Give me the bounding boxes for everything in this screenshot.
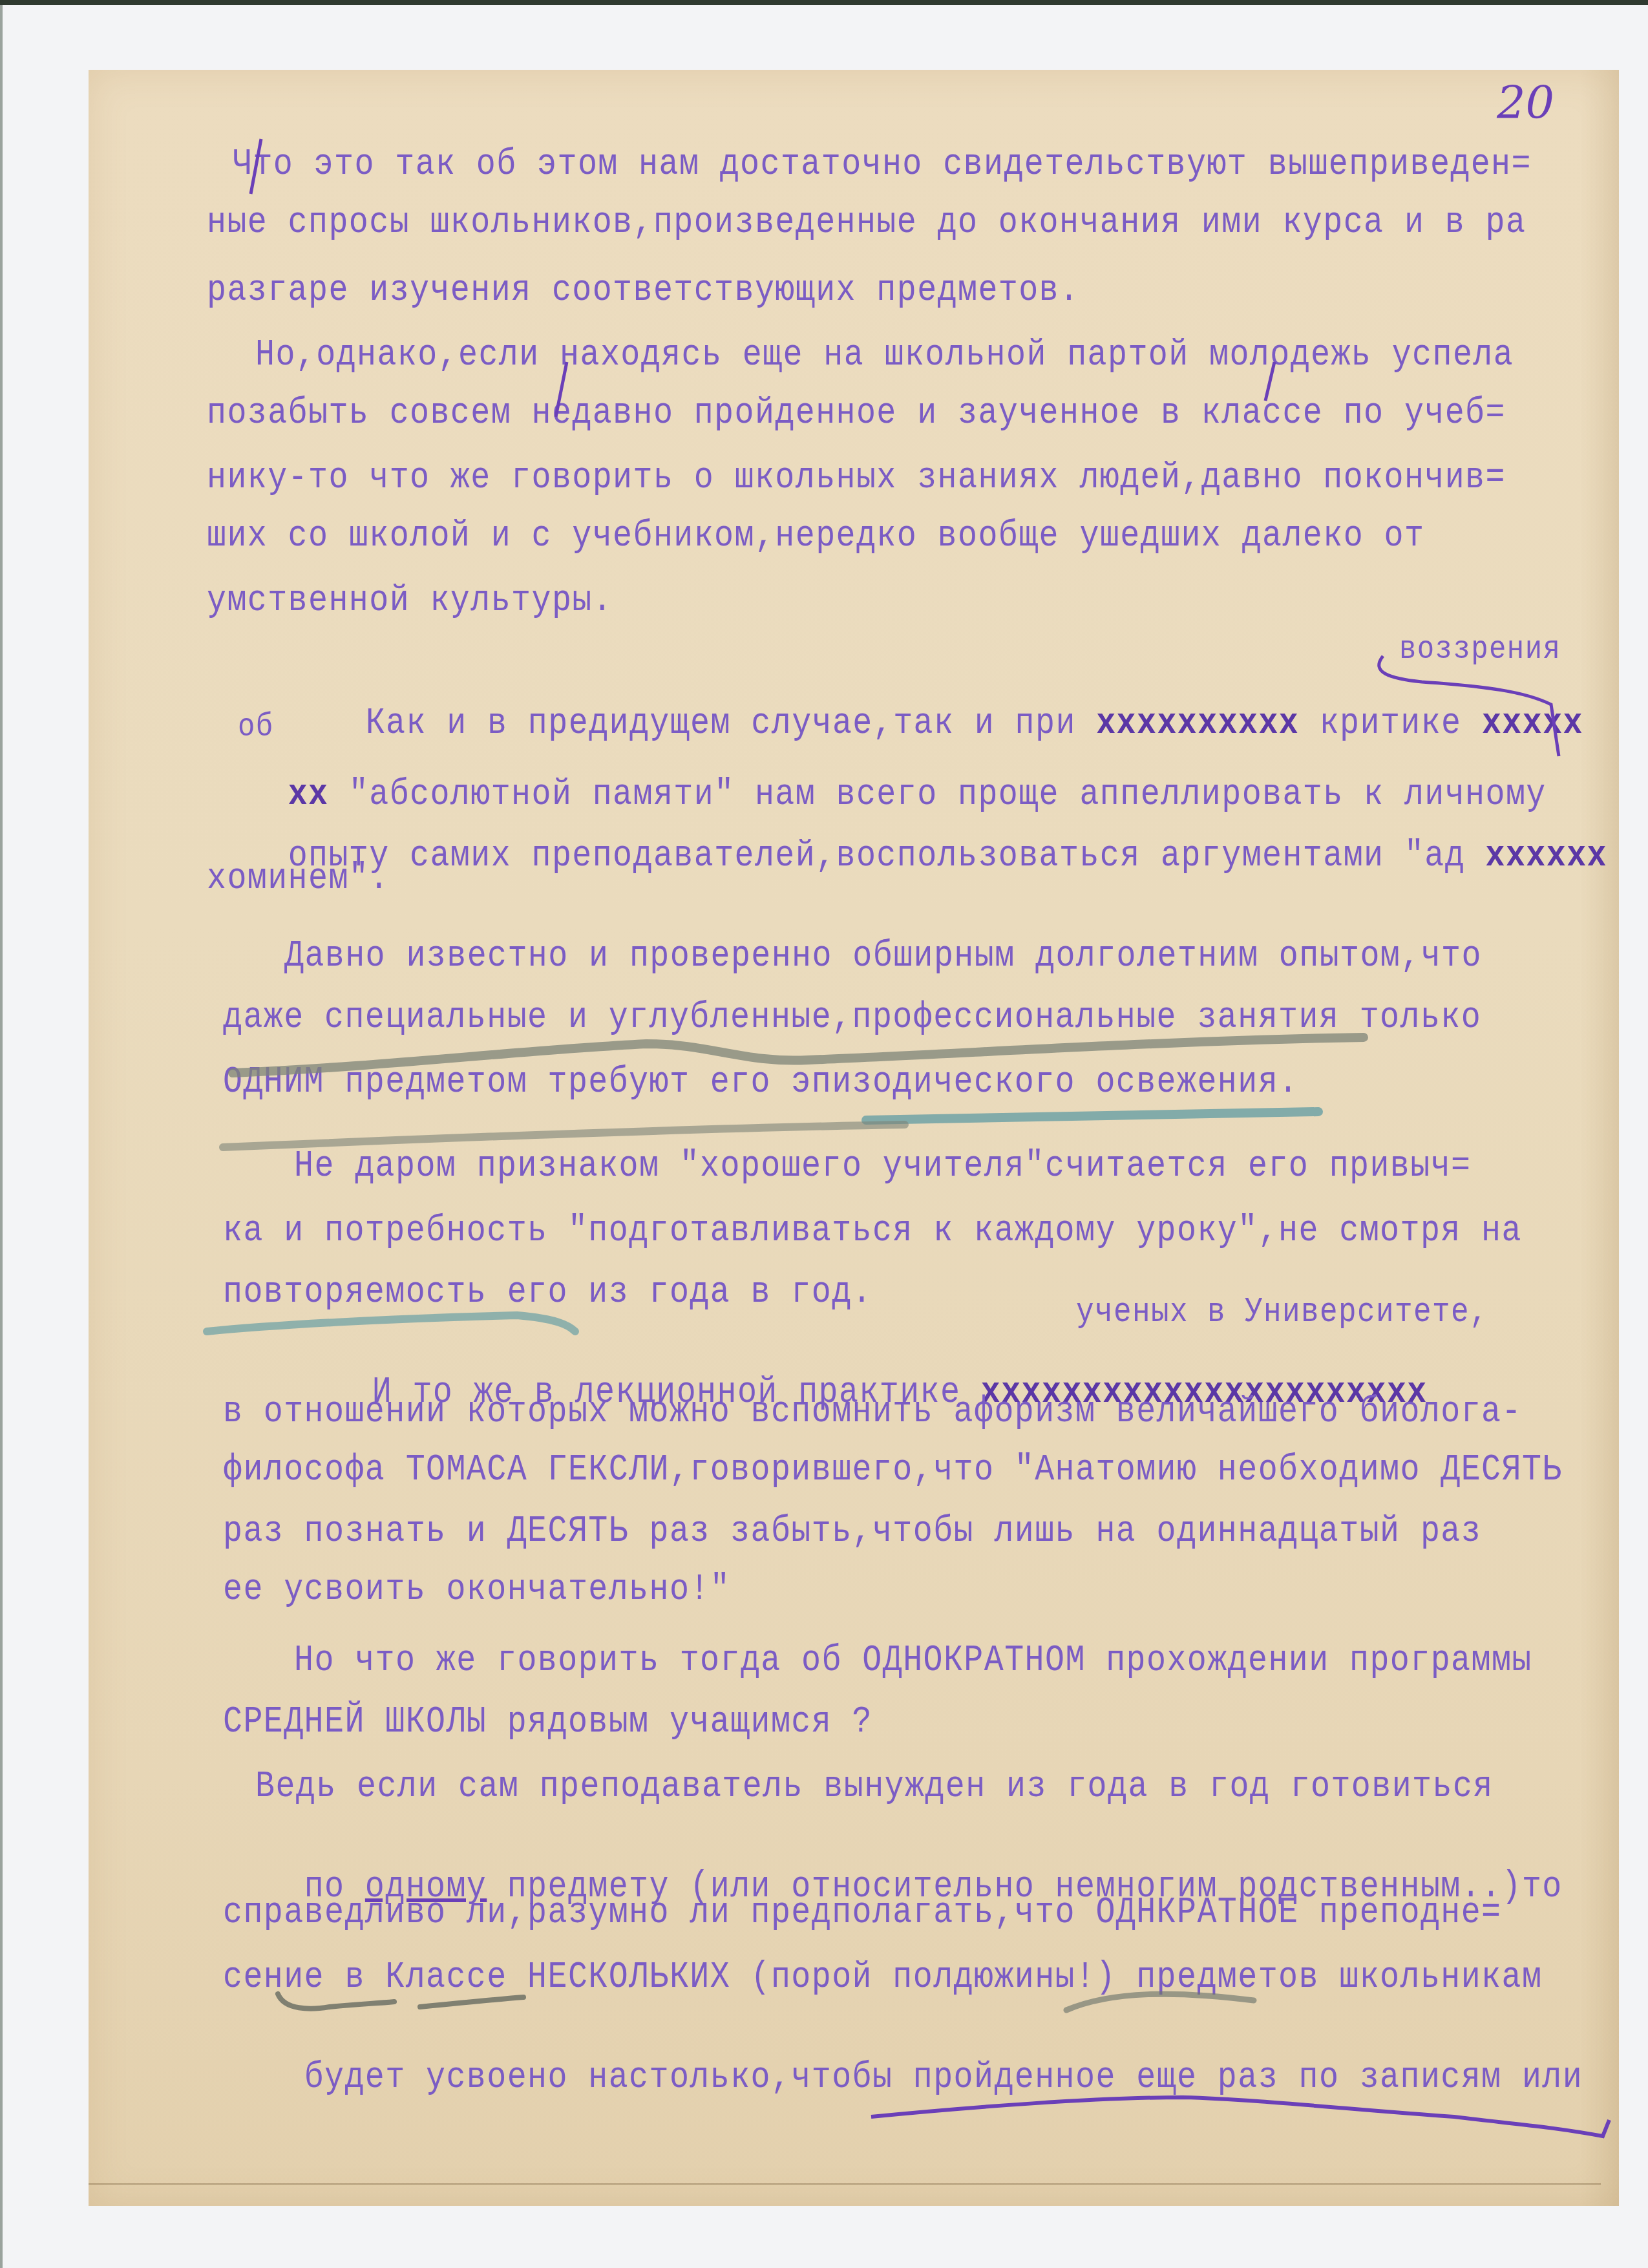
text-line: Но что же говорить тогда об ОДНОКРАТНОМ …: [294, 1639, 1532, 1684]
text-line: справедливо ли,разумно ли предполагать,ч…: [223, 1891, 1502, 1936]
paper-bottom-fold: [89, 2183, 1601, 2185]
text-line: сение в Классе НЕСКОЛЬКИХ (порой полдюжи…: [223, 1956, 1542, 2000]
text-line: ные спросы школьников,произведенные до о…: [207, 201, 1526, 246]
page-number: 20: [1497, 76, 1554, 129]
text-line: даже специальные и углубленные,профессио…: [223, 996, 1481, 1041]
text-line: разгаре изучения соответствующих предмет…: [207, 269, 1079, 313]
text-line: ка и потребность "подготавливаться к каж…: [223, 1209, 1522, 1254]
struck-text: xxxxxx: [1486, 835, 1607, 878]
text-line: ших со школой и с учебником,нередко вооб…: [207, 514, 1424, 559]
text-segment: будет усвоено настолько,чтобы: [304, 2057, 913, 2099]
text-line: нику-то что же говорить о школьных знани…: [207, 456, 1506, 501]
text-line: СРЕДНЕЙ ШКОЛЫ рядовым учащимся ?: [223, 1701, 872, 1745]
text-line: позабыть совсем недавно пройденное и зау…: [207, 392, 1506, 436]
text-line: Но,однако,если находясь еще на школьной …: [255, 334, 1514, 378]
text-segment: опыту самих преподавателей,воспользовать…: [288, 835, 1486, 878]
text-line: в отношении которых можно вспомнить афор…: [223, 1390, 1522, 1435]
text-line: раз познать и ДЕСЯТЬ раз забыть,чтобы ли…: [223, 1510, 1481, 1554]
text-line: умственной культуры.: [207, 579, 613, 624]
text-line: Что это так об этом нам достаточно свиде…: [233, 143, 1532, 187]
text-line: Ведь если сам преподаватель вынужден из …: [255, 1765, 1494, 1810]
text-line: повторяемость его из года в год.: [223, 1271, 872, 1315]
text-line: опыту самих преподавателей,воспользовать…: [207, 790, 1607, 924]
scanner-left-border: [0, 5, 3, 2268]
text-line: ее усвоить окончательно!": [223, 1568, 730, 1613]
struck-text: пройденное еще раз по записям или: [913, 2057, 1583, 2099]
text-line: ОДНИМ предметом требуют его эпизодическо…: [223, 1061, 1298, 1105]
text-line: Давно известно и проверенно обширным дол…: [284, 935, 1482, 979]
text-line: философа ТОМАСА ГЕКСЛИ,говорившего,что "…: [223, 1448, 1563, 1493]
scanner-top-border: [0, 0, 1648, 5]
text-line: будет усвоено настолько,чтобы пройденное…: [223, 2011, 1583, 2145]
text-line: Не даром признаком "хорошего учителя"счи…: [294, 1145, 1471, 1189]
text-line: хоминем".: [207, 857, 390, 902]
